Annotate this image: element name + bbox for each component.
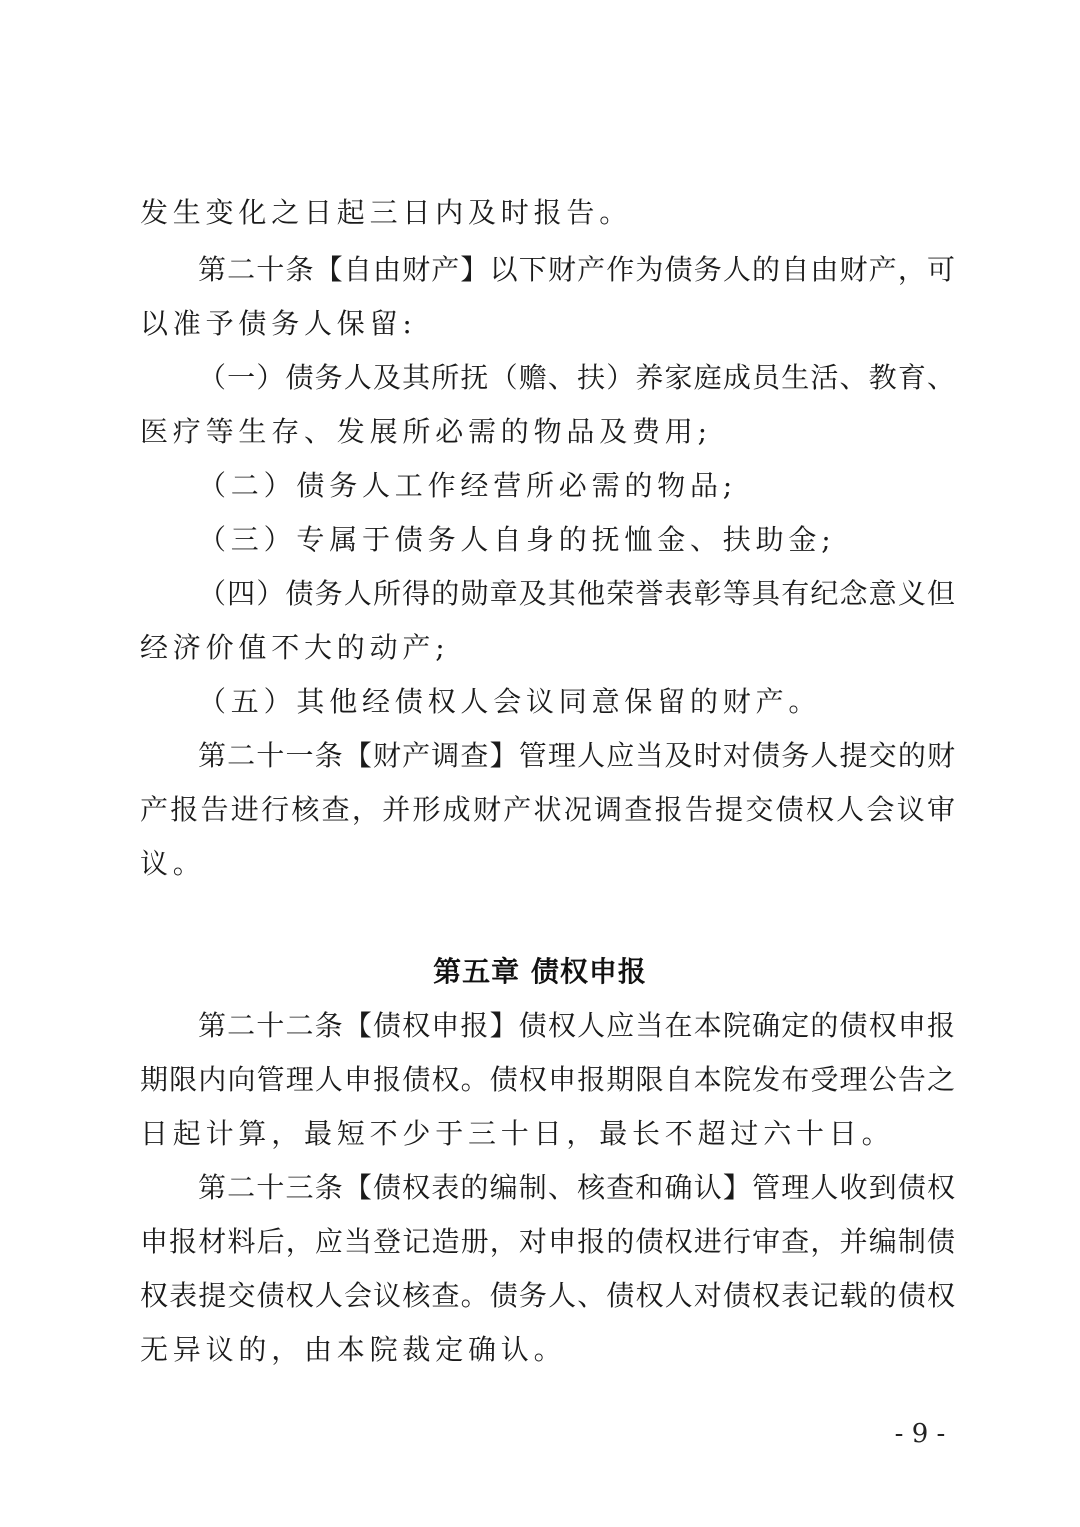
article-23-line-4: 无异议的，由本院裁定确认。 xyxy=(140,1330,955,1370)
article-22-line-2: 期限内向管理人申报债权。债权申报期限自本院发布受理公告之 xyxy=(140,1060,955,1100)
item-4-line-1: （四）债务人所得的勋章及其他荣誉表彰等具有纪念意义但 xyxy=(198,574,955,614)
article-21-line-3: 议。 xyxy=(140,844,955,884)
document-page: 发生变化之日起三日内及时报告。 第二十条【自由财产】以下财产作为债务人的自由财产… xyxy=(0,0,1080,1527)
item-1-line-1: （一）债务人及其所抚（赡、扶）养家庭成员生活、教育、 xyxy=(198,358,955,398)
article-23-line-2: 申报材料后，应当登记造册，对申报的债权进行审查，并编制债 xyxy=(140,1222,955,1262)
article-22-line-3: 日起计算，最短不少于三十日，最长不超过六十日。 xyxy=(140,1114,955,1154)
item-5-line: （五）其他经债权人会议同意保留的财产。 xyxy=(198,682,955,722)
article-21-line-1: 第二十一条【财产调查】管理人应当及时对债务人提交的财 xyxy=(198,736,955,776)
article-20-line-1: 第二十条【自由财产】以下财产作为债务人的自由财产，可 xyxy=(198,250,955,290)
page-number: - 9 - xyxy=(880,1416,960,1452)
article-22-line-1: 第二十二条【债权申报】债权人应当在本院确定的债权申报 xyxy=(198,1006,955,1046)
item-4-line-2: 经济价值不大的动产; xyxy=(140,628,955,668)
article-23-line-3: 权表提交债权人会议核查。债务人、债权人对债权表记载的债权 xyxy=(140,1276,955,1316)
chapter-title: 第五章 债权申报 xyxy=(0,950,1080,994)
article-23-line-1: 第二十三条【债权表的编制、核查和确认】管理人收到债权 xyxy=(198,1168,955,1208)
item-1-line-2: 医疗等生存、发展所必需的物品及费用; xyxy=(140,412,955,452)
paragraph-continuation-line: 发生变化之日起三日内及时报告。 xyxy=(140,193,955,233)
item-3-line: （三）专属于债务人自身的抚恤金、扶助金; xyxy=(198,520,955,560)
article-20-line-2: 以准予债务人保留: xyxy=(140,304,955,344)
article-21-line-2: 产报告进行核查，并形成财产状况调查报告提交债权人会议审 xyxy=(140,790,955,830)
item-2-line: （二）债务人工作经营所必需的物品; xyxy=(198,466,955,506)
